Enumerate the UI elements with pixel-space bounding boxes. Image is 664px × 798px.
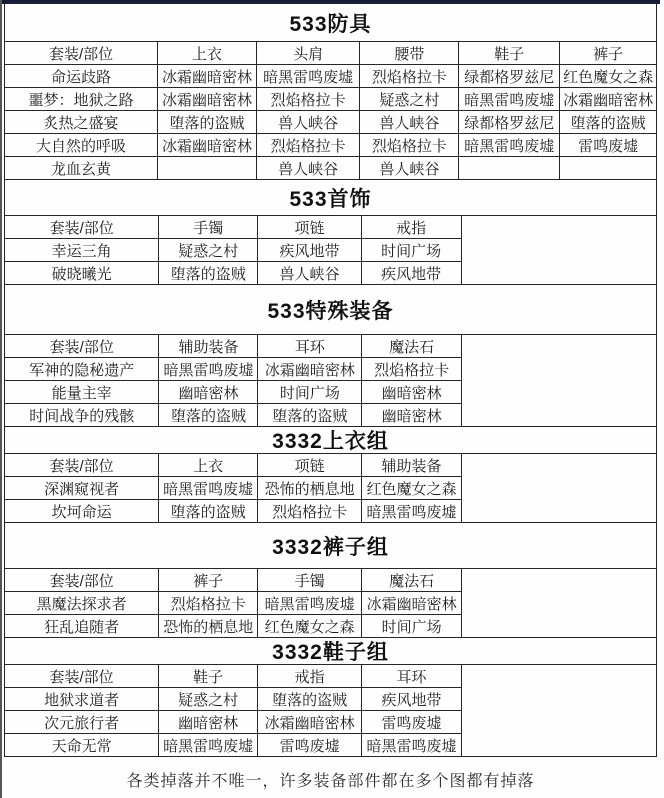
section-title: 3332上衣组	[4, 426, 657, 454]
empty-spacer-cell	[462, 335, 657, 427]
table-header-row: 套装/部位鞋子戒指耳环	[5, 665, 657, 688]
section-title: 533首饰	[4, 179, 657, 216]
table-cell: 冰霜幽暗密林	[158, 88, 257, 111]
section-title: 533特殊装备	[4, 284, 657, 335]
table-header-cell: 套装/部位	[5, 335, 159, 358]
table-cell: 烈焰格拉卡	[159, 592, 258, 615]
empty-spacer-cell	[461, 216, 657, 285]
table-cell: 红色魔女之森	[560, 65, 657, 88]
set-name-cell: 幸运三角	[5, 239, 159, 262]
table-header-cell: 上衣	[158, 42, 257, 65]
table-cell: 兽人峡谷	[256, 157, 360, 180]
table-header-row: 套装/部位上衣项链辅助装备	[5, 454, 657, 477]
table-header-cell: 头肩	[256, 42, 360, 65]
set-name-cell: 噩梦：地狱之路	[5, 88, 158, 111]
table-header-cell: 套装/部位	[5, 569, 159, 592]
table-cell: 堕落的盗贼	[258, 688, 362, 711]
table-cell: 烈焰格拉卡	[360, 134, 459, 157]
left-edge-strip	[0, 0, 2, 798]
table-cell: 暗黑雷鸣废墟	[362, 500, 462, 523]
empty-spacer-cell	[461, 665, 656, 757]
table-cell: 冰霜幽暗密林	[158, 65, 257, 88]
table-cell: 绿都格罗兹尼	[459, 65, 560, 88]
table-cell: 冰霜幽暗密林	[158, 134, 257, 157]
section-title: 3332鞋子组	[4, 637, 657, 665]
table-cell: 暗黑雷鸣废墟	[362, 734, 462, 757]
table-row: 大自然的呼吸冰霜幽暗密林烈焰格拉卡烈焰格拉卡暗黑雷鸣废墟雷鸣废墟	[5, 134, 657, 157]
table-cell: 兽人峡谷	[360, 111, 459, 134]
set-name-cell: 坎坷命运	[5, 500, 159, 523]
table-cell: 红色魔女之森	[362, 477, 462, 500]
table-header-row: 套装/部位上衣头肩腰带鞋子裤子	[5, 42, 657, 65]
table-header-cell: 鞋子	[159, 665, 258, 688]
table-cell: 暗黑雷鸣废墟	[159, 477, 258, 500]
table-cell: 冰霜幽暗密林	[362, 592, 462, 615]
page: { "page": { "top_bar_color": "#151c3f", …	[0, 0, 664, 798]
table-cell: 恐怖的栖息地	[159, 615, 258, 638]
table-header-row: 套装/部位裤子手镯魔法石	[5, 569, 657, 592]
set-name-cell: 黑魔法探求者	[5, 592, 159, 615]
table-cell: 堕落的盗贼	[158, 111, 257, 134]
table-cell: 幽暗密林	[362, 404, 462, 427]
table-header-row: 套装/部位辅助装备耳环魔法石	[5, 335, 657, 358]
table-cell	[158, 157, 257, 180]
empty-spacer-cell	[462, 569, 657, 638]
table-header-cell: 耳环	[362, 665, 462, 688]
table-cell: 疑惑之村	[159, 688, 258, 711]
table-cell: 堕落的盗贼	[159, 262, 258, 285]
table-cell: 烈焰格拉卡	[256, 88, 360, 111]
table-header-cell: 项链	[258, 216, 362, 239]
table-row: 命运歧路冰霜幽暗密林暗黑雷鸣废墟烈焰格拉卡绿都格罗兹尼红色魔女之森	[5, 65, 657, 88]
table-cell: 堕落的盗贼	[159, 500, 258, 523]
drop-table: 套装/部位上衣项链辅助装备深渊窥视者暗黑雷鸣废墟恐怖的栖息地红色魔女之森坎坷命运…	[4, 453, 657, 523]
set-name-cell: 军神的隐秘遗产	[5, 358, 159, 381]
table-header-cell: 套装/部位	[5, 42, 158, 65]
table-cell: 雷鸣废墟	[362, 711, 462, 734]
footer-note: 各类掉落并不唯一，许多装备部件都在多个图都有掉落	[4, 768, 657, 791]
table-cell: 疑惑之村	[159, 239, 258, 262]
sections: 533防具套装/部位上衣头肩腰带鞋子裤子命运歧路冰霜幽暗密林暗黑雷鸣废墟烈焰格拉…	[4, 3, 657, 757]
table-row: 噩梦：地狱之路冰霜幽暗密林烈焰格拉卡疑惑之村暗黑雷鸣废墟冰霜幽暗密林	[5, 88, 657, 111]
table-header-cell: 魔法石	[362, 335, 462, 358]
table-cell: 烈焰格拉卡	[362, 358, 462, 381]
table-header-cell: 项链	[258, 454, 362, 477]
table-cell	[560, 157, 657, 180]
table-header-cell: 魔法石	[362, 569, 462, 592]
set-name-cell: 炙热之盛宴	[5, 111, 158, 134]
table-cell: 暗黑雷鸣废墟	[459, 88, 560, 111]
table-cell	[459, 157, 560, 180]
set-name-cell: 能量主宰	[5, 381, 159, 404]
table-cell: 幽暗密林	[159, 381, 258, 404]
table-cell: 雷鸣废墟	[258, 734, 362, 757]
table-cell: 雷鸣废墟	[560, 134, 657, 157]
table-header-cell: 手镯	[258, 569, 362, 592]
document-content: 533防具套装/部位上衣头肩腰带鞋子裤子命运歧路冰霜幽暗密林暗黑雷鸣废墟烈焰格拉…	[4, 3, 657, 791]
table-cell: 绿都格罗兹尼	[459, 111, 560, 134]
table-cell: 兽人峡谷	[256, 111, 360, 134]
table-header-cell: 裤子	[560, 42, 657, 65]
table-cell: 时间广场	[258, 381, 362, 404]
table-cell: 红色魔女之森	[258, 615, 362, 638]
table-cell: 幽暗密林	[159, 711, 258, 734]
table-header-cell: 套装/部位	[5, 454, 159, 477]
table-cell: 堕落的盗贼	[159, 404, 258, 427]
table-cell: 幽暗密林	[362, 381, 462, 404]
table-header-row: 套装/部位手镯项链戒指	[5, 216, 657, 239]
table-header-cell: 裤子	[159, 569, 258, 592]
table-cell: 暗黑雷鸣废墟	[258, 592, 362, 615]
drop-table: 套装/部位辅助装备耳环魔法石军神的隐秘遗产暗黑雷鸣废墟冰霜幽暗密林烈焰格拉卡能量…	[4, 334, 657, 427]
table-header-cell: 手镯	[159, 216, 258, 239]
section-title: 3332裤子组	[4, 522, 657, 569]
set-name-cell: 时间战争的残骸	[5, 404, 159, 427]
table-cell: 暗黑雷鸣废墟	[159, 734, 258, 757]
table-header-cell: 辅助装备	[362, 454, 462, 477]
table-header-cell: 套装/部位	[5, 216, 159, 239]
drop-table: 套装/部位裤子手镯魔法石黑魔法探求者烈焰格拉卡暗黑雷鸣废墟冰霜幽暗密林狂乱追随者…	[4, 568, 657, 638]
table-cell: 疑惑之村	[360, 88, 459, 111]
set-name-cell: 次元旅行者	[5, 711, 159, 734]
table-header-cell: 戒指	[361, 216, 461, 239]
table-cell: 兽人峡谷	[360, 157, 459, 180]
drop-table: 套装/部位鞋子戒指耳环地狱求道者疑惑之村堕落的盗贼疾风地带次元旅行者幽暗密林冰霜…	[4, 664, 657, 757]
set-name-cell: 深渊窥视者	[5, 477, 159, 500]
table-header-cell: 上衣	[159, 454, 258, 477]
table-cell: 冰霜幽暗密林	[560, 88, 657, 111]
drop-table: 套装/部位手镯项链戒指幸运三角疑惑之村疾风地带时间广场破晓曦光堕落的盗贼兽人峡谷…	[4, 215, 657, 285]
set-name-cell: 破晓曦光	[5, 262, 159, 285]
table-cell: 暗黑雷鸣废墟	[256, 65, 360, 88]
table-cell: 堕落的盗贼	[258, 404, 362, 427]
table-cell: 烈焰格拉卡	[360, 65, 459, 88]
table-header-cell: 辅助装备	[159, 335, 258, 358]
set-name-cell: 地狱求道者	[5, 688, 159, 711]
set-name-cell: 龙血玄黄	[5, 157, 158, 180]
section-title: 533防具	[4, 3, 657, 42]
table-row: 龙血玄黄兽人峡谷兽人峡谷	[5, 157, 657, 180]
table-cell: 恐怖的栖息地	[258, 477, 362, 500]
table-cell: 暗黑雷鸣废墟	[459, 134, 560, 157]
table-cell: 时间广场	[361, 239, 461, 262]
table-cell: 兽人峡谷	[258, 262, 362, 285]
set-name-cell: 狂乱追随者	[5, 615, 159, 638]
table-header-cell: 鞋子	[459, 42, 560, 65]
table-cell: 烈焰格拉卡	[258, 500, 362, 523]
table-cell: 烈焰格拉卡	[256, 134, 360, 157]
table-cell: 疾风地带	[362, 688, 462, 711]
set-name-cell: 天命无常	[5, 734, 159, 757]
table-cell: 冰霜幽暗密林	[258, 711, 362, 734]
table-cell: 冰霜幽暗密林	[258, 358, 362, 381]
table-header-cell: 套装/部位	[5, 665, 159, 688]
table-cell: 疾风地带	[361, 262, 461, 285]
table-cell: 疾风地带	[258, 239, 362, 262]
table-row: 炙热之盛宴堕落的盗贼兽人峡谷兽人峡谷绿都格罗兹尼堕落的盗贼	[5, 111, 657, 134]
drop-table: 套装/部位上衣头肩腰带鞋子裤子命运歧路冰霜幽暗密林暗黑雷鸣废墟烈焰格拉卡绿都格罗…	[4, 41, 657, 180]
table-cell: 堕落的盗贼	[560, 111, 657, 134]
empty-spacer-cell	[461, 454, 656, 523]
set-name-cell: 命运歧路	[5, 65, 158, 88]
table-header-cell: 腰带	[360, 42, 459, 65]
table-header-cell: 戒指	[258, 665, 362, 688]
table-cell: 暗黑雷鸣废墟	[159, 358, 258, 381]
table-cell: 时间广场	[362, 615, 462, 638]
table-header-cell: 耳环	[258, 335, 362, 358]
set-name-cell: 大自然的呼吸	[5, 134, 158, 157]
